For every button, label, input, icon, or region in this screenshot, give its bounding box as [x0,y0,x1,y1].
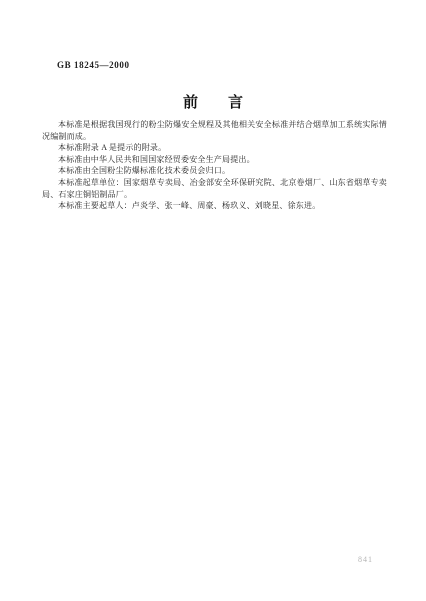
foreword-paragraph-committee: 本标准由全国粉尘防爆标准化技术委员会归口。 [42,165,387,177]
standard-code: GB 18245—2000 [57,60,130,70]
foreword-paragraph-drafting-units: 本标准起草单位：国家烟草专卖局、冶金部安全环保研究院、北京卷烟厂、山东省烟草专卖… [42,177,387,200]
page-number: 841 [358,555,373,564]
foreword-paragraph-appendix: 本标准附录 A 是提示的附录。 [42,142,387,154]
foreword-paragraph-proposed-by: 本标准由中华人民共和国国家经贸委安全生产局提出。 [42,154,387,166]
page-title: 前 言 [0,91,426,112]
foreword-body: 本标准是根据我国现行的粉尘防爆安全规程及其他相关安全标准并结合烟草加工系统实际情… [42,119,387,212]
foreword-paragraph-origin: 本标准是根据我国现行的粉尘防爆安全规程及其他相关安全标准并结合烟草加工系统实际情… [42,119,387,142]
foreword-paragraph-drafters: 本标准主要起草人：卢炎学、张一峰、周豪、杨玖义、刘晓星、徐东进。 [42,200,387,212]
document-page: GB 18245—2000 前 言 本标准是根据我国现行的粉尘防爆安全规程及其他… [0,0,426,601]
